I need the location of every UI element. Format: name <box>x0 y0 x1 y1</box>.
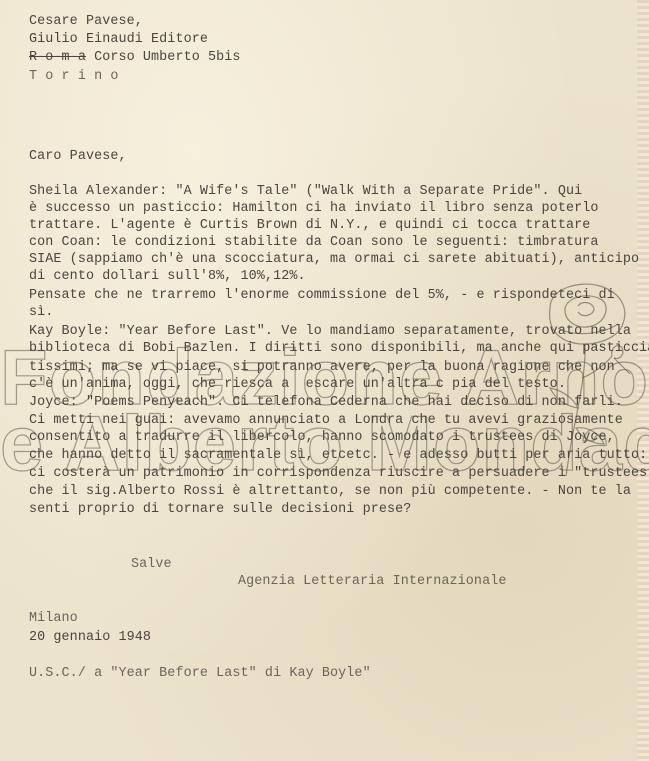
enclosure-note: U.S.C./ a "Year Before Last" di Kay Boyl… <box>29 666 371 682</box>
closing: Salve <box>131 557 172 573</box>
salutation: Caro Pavese, <box>29 149 127 165</box>
body-line: Sheila Alexander: "A Wife's Tale" ("Walk… <box>29 184 582 200</box>
recipient-name: Cesare Pavese, <box>29 14 143 30</box>
body-line: Joyce: "Poems Penyeach". Ci telefona Ced… <box>29 395 623 411</box>
typewritten-letter: Cesare Pavese, Giulio Einaudi Editore R-… <box>0 0 649 761</box>
body-line: SIAE (sappiamo ch'è una scocciatura, ma … <box>29 252 639 268</box>
body-line: biblioteca di Bobi Bazlen. I diritti son… <box>29 341 649 357</box>
body-line: è successo un pasticcio: Hamilton ci ha … <box>29 201 599 217</box>
street-address: Corso Umberto 5bis <box>86 50 241 65</box>
body-line: di cento dollari sull'8%, 10%,12%. <box>29 269 306 285</box>
body-line: che hanno detto il sacramentale sì, etce… <box>29 448 647 464</box>
body-line: consentito a tradurre il libercolo, hann… <box>29 430 615 446</box>
body-line: che il sig.Alberto Rossi è altrettanto, … <box>29 484 631 500</box>
body-line: tissimi; ma se vi piace, si potranno ave… <box>29 360 615 376</box>
signature: Agenzia Letteraria Internazionale <box>238 574 506 590</box>
body-line: Kay Boyle: "Year Before Last". Ve lo man… <box>29 324 631 340</box>
recipient-company: Giulio Einaudi Editore <box>29 32 208 48</box>
body-line: trattare. L'agente è Curtis Brown di N.Y… <box>29 218 590 234</box>
body-line: senti proprio di tornare sulle decisioni… <box>29 502 411 518</box>
date: 20 gennaio 1948 <box>29 630 151 646</box>
place: Milano <box>29 611 78 627</box>
body-line: Pensate che ne trarremo l'enorme commiss… <box>29 288 615 304</box>
struck-out-city: R-o-m-a <box>29 50 86 65</box>
body-line: Ci metti nei guai: avevamo annunciato a … <box>29 413 623 429</box>
body-line: ci costerà un patrimonio in corrisponden… <box>29 466 647 482</box>
body-line: con Coan: le condizioni stabilite da Coa… <box>29 235 599 251</box>
body-line: c'è un'anima, oggi, che riesca a escare … <box>29 377 566 393</box>
recipient-city: T o r i n o <box>29 69 119 85</box>
body-line: sì. <box>29 305 53 321</box>
recipient-street: R-o-m-a Corso Umberto 5bis <box>29 50 241 66</box>
